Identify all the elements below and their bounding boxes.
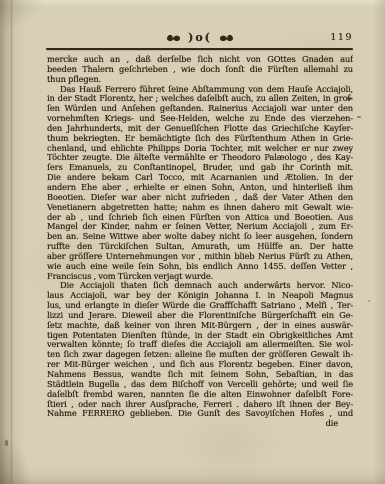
text-line: ſen Würden und Anſehen geſtanden. Rainer… (47, 104, 353, 114)
text-line: den Jahrhunderts, mit der Genueſiſchen F… (47, 124, 353, 134)
text-line: andern Ehe aber , erhielte er einen Sohn… (47, 183, 353, 193)
text-line: Nahmens Bessus, wandte ſich mit ſeinem S… (47, 370, 353, 380)
text-line: beeden Thalern geſchrieben , wie doch ſo… (47, 65, 353, 75)
text-line: mercke auch an , daß derſelbe ſich nicht… (47, 55, 353, 65)
text-line: Franciscus , vom Türcken verjagt wurde. (47, 272, 353, 282)
catchword: die (47, 419, 353, 429)
book-page-scan: )o( 119 mercke auch an , daß derſelbe ſi… (0, 0, 385, 484)
text-line: thun pflegen. (47, 75, 353, 85)
running-head: )o( 119 (47, 30, 353, 46)
text-line: Boeotien. Dieſer war aber nicht zufriede… (47, 193, 353, 203)
fleuron-icon (166, 33, 181, 43)
page-number: 119 (330, 32, 353, 43)
text-line: in der Stadt Florentz, her ; welches daſ… (47, 94, 353, 104)
text-line: vornehmſten Kriegs- und See-Helden, welc… (47, 114, 353, 124)
text-line: daſelbſt frembd waren, nannten ſie die a… (47, 390, 353, 400)
ink-speck (357, 116, 361, 118)
text-line: ben an. Seine Wittwe aber wolte dabey ni… (47, 232, 353, 242)
text-line: ſetz machte, daß keiner von ihren Mit-Bü… (47, 321, 353, 331)
text-line: Venetianern abgetretten hatte; nahm es i… (47, 203, 353, 213)
text-line: Städtlein Bugella , das dem Biſchoff von… (47, 380, 353, 390)
text-line: verwalten könnte; ſo traff dieſes die Ac… (47, 340, 353, 350)
ink-speck (5, 440, 8, 446)
ornament-center: )o( (188, 31, 212, 45)
text-line: wie auch eine weile ſein Sohn, bis endli… (47, 262, 353, 272)
text-line: tigen Potentaten Dienſten ſtünde, in der… (47, 331, 353, 341)
text-line: Das Hauß Ferrero führet ſeine Abſtammung… (47, 85, 353, 95)
text-line: chenland, und ehlichte Philipps Doria To… (47, 144, 353, 154)
text-line: Töchter zeugte. Die älteſte vermählte er… (47, 153, 353, 163)
text-line: Die Acciajoli thaten ſich demnach auch a… (47, 281, 353, 291)
text-line: rer Mit-Bürger weichen , und ſich aus Fl… (47, 360, 353, 370)
text-line: der ab , und ſchrieb ſich einen Fürſten … (47, 213, 353, 223)
text-line: laus Acciajoli, war bey der Königin Joha… (47, 291, 353, 301)
text-line: aber gröſſere Unternehmungen vor , mithi… (47, 252, 353, 262)
text-line: Mangel der Kinder, nahm er ſeinen Vetter… (47, 222, 353, 232)
text-line: lus, und erlangte in dieſer Würde die Gr… (47, 301, 353, 311)
text-line: lizzi und Jerare. Dieweil aber die Flore… (47, 311, 353, 321)
head-ornament: )o( (47, 30, 353, 46)
text-line: Die andere bekam Carl Tocco, mit Acarnan… (47, 173, 353, 183)
text-line: ten ſich zwar dagegen ſetzen: alleine ſi… (47, 350, 353, 360)
text-line: ſtieri , oder nach ihrer Ausſprache, Fer… (47, 400, 353, 410)
text-line: ruffte den Türckiſchen Sultan, Amurath, … (47, 242, 353, 252)
text-line: thum bekriegten. Er bemächtigte ſich des… (47, 134, 353, 144)
text-line: Nahme FERRERO geblieben. Die Gunſt des S… (47, 409, 353, 419)
body-text: mercke auch an , daß derſelbe ſich nicht… (47, 55, 353, 429)
text-line: ſers Emanuels, zu Conſtantinopel, Bruder… (47, 163, 353, 173)
page-crease (10, 0, 13, 484)
ink-speck (368, 300, 370, 302)
fleuron-icon (219, 33, 234, 43)
head-rule (46, 48, 353, 50)
